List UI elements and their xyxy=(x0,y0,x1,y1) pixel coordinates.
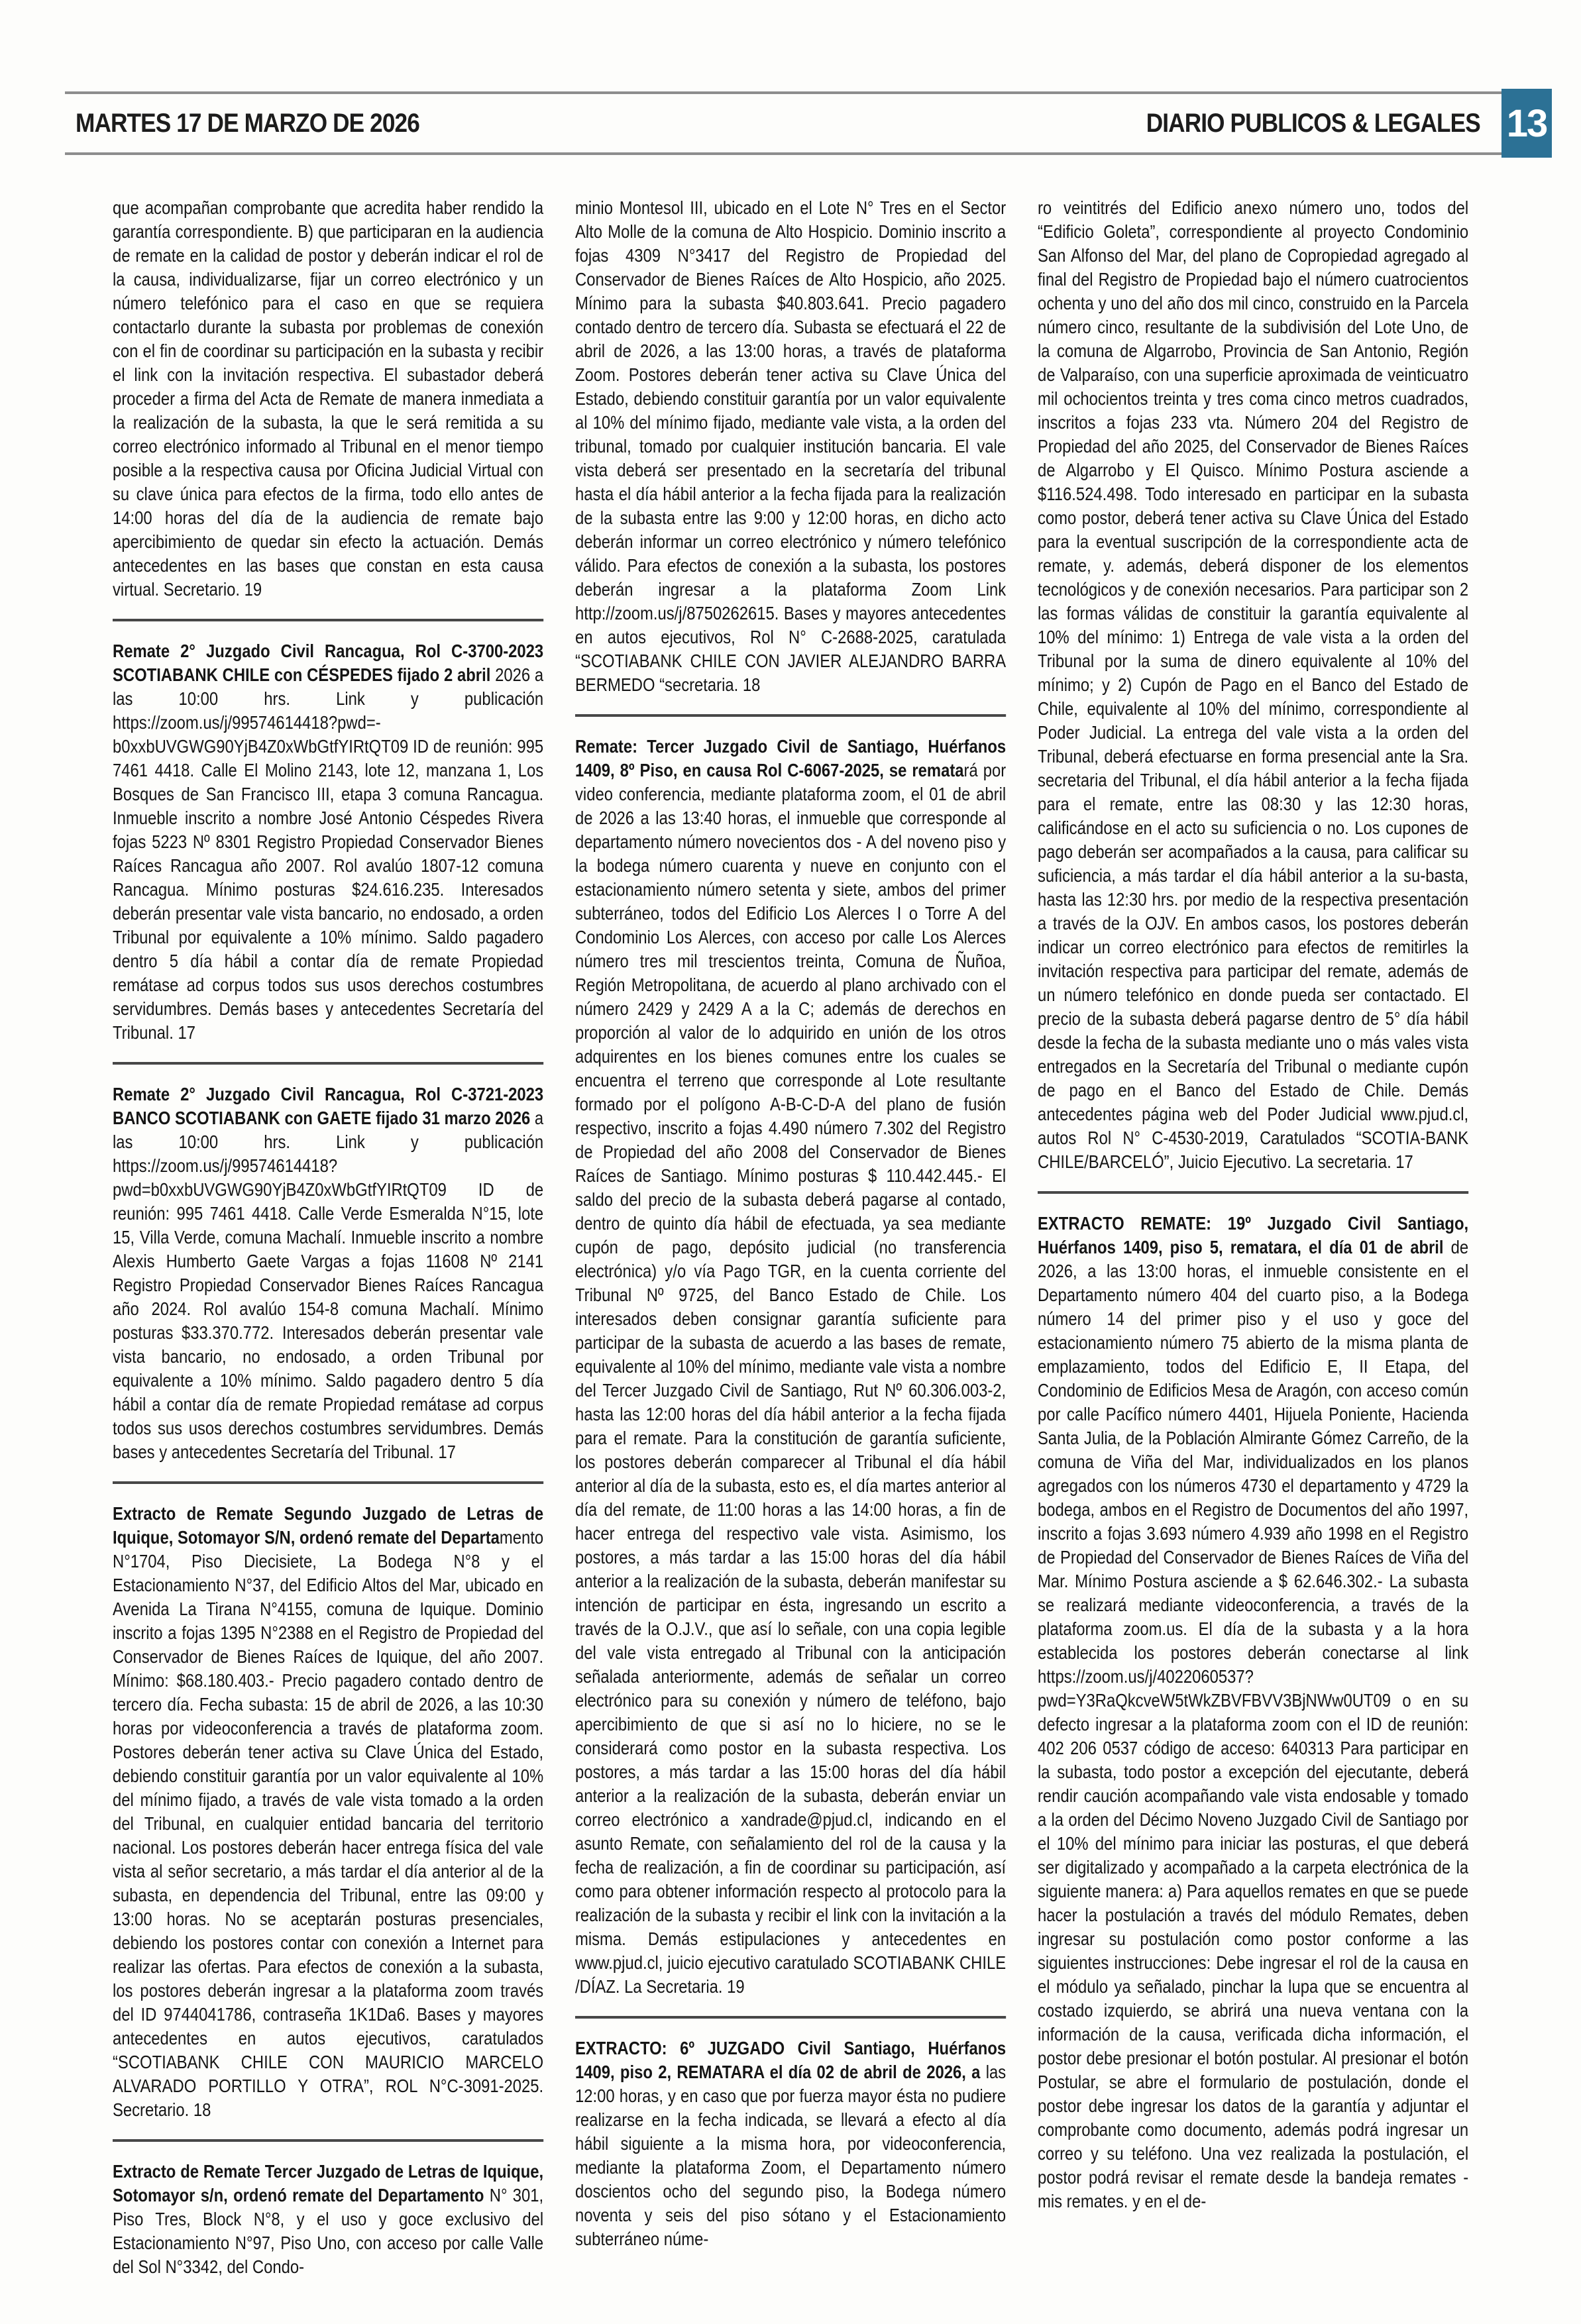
notice-lead: Extracto de Remate Segundo Juzgado de Le… xyxy=(113,1503,543,1548)
column-2-text: minio Montesol III, ubicado en el Lote N… xyxy=(575,196,1006,2251)
notice-lead: Remate: Tercer Juzgado Civil de Santiago… xyxy=(575,736,1006,780)
section-divider xyxy=(113,619,543,621)
notice-lead: EXTRACTO: 6º JUZGADO Civil Santiago, Hué… xyxy=(575,2038,1006,2082)
section-divider xyxy=(575,714,1006,717)
section-divider xyxy=(113,1062,543,1065)
section-divider xyxy=(1038,1191,1468,1194)
legal-notice: Remate: Tercer Juzgado Civil de Santiago… xyxy=(575,735,1006,1999)
notice-lead: EXTRACTO REMATE: 19º Juzgado Civil Santi… xyxy=(1038,1213,1468,1257)
column-3-text: ro veintitrés del Edificio anexo número … xyxy=(1038,196,1468,2213)
legal-notice: Remate 2° Juzgado Civil Rancagua, Rol C-… xyxy=(113,1083,543,1464)
column-2: minio Montesol III, ubicado en el Lote N… xyxy=(575,196,1006,2279)
notice-lead: Extracto de Remate Tercer Juzgado de Let… xyxy=(113,2161,543,2205)
newspaper-page: MARTES 17 DE MARZO DE 2026 DIARIO PUBLIC… xyxy=(0,0,1581,2324)
notice-body: las 12:00 horas, y en caso que por fuerz… xyxy=(575,2062,1006,2249)
legal-notice: Extracto de Remate Segundo Juzgado de Le… xyxy=(113,1502,543,2122)
notice-body: ro veintitrés del Edificio anexo número … xyxy=(1038,197,1468,1172)
masthead-brand: DIARIO PUBLICOS & LEGALES xyxy=(1146,109,1480,138)
column-3: ro veintitrés del Edificio anexo número … xyxy=(1038,196,1468,2279)
section-divider xyxy=(113,1481,543,1484)
notice-body: 2026 a las 10:00 hrs. Link y publicación… xyxy=(113,664,543,1043)
notice-lead: Remate 2° Juzgado Civil Rancagua, Rol C-… xyxy=(113,1084,543,1128)
masthead: MARTES 17 DE MARZO DE 2026 DIARIO PUBLIC… xyxy=(65,91,1544,155)
notice-body: mento N°1704, Piso Diecisiete, La Bodega… xyxy=(113,1527,543,2120)
legal-notice: EXTRACTO: 6º JUZGADO Civil Santiago, Hué… xyxy=(575,2036,1006,2251)
legal-notice: minio Montesol III, ubicado en el Lote N… xyxy=(575,196,1006,697)
section-divider xyxy=(113,2139,543,2142)
column-1-text: que acompañan comprobante que acredita h… xyxy=(113,196,543,2279)
masthead-date: MARTES 17 DE MARZO DE 2026 xyxy=(76,109,419,138)
column-1: que acompañan comprobante que acredita h… xyxy=(113,196,543,2279)
notice-body: a las 10:00 hrs. Link y publicación http… xyxy=(113,1108,543,1462)
notice-body: que acompañan comprobante que acredita h… xyxy=(113,197,543,600)
legal-notice: que acompañan comprobante que acredita h… xyxy=(113,196,543,602)
legal-notice: ro veintitrés del Edificio anexo número … xyxy=(1038,196,1468,1174)
notice-body: de 2026, a las 13:00 horas, el inmueble … xyxy=(1038,1237,1468,2211)
legal-notice: Remate 2° Juzgado Civil Rancagua, Rol C-… xyxy=(113,639,543,1045)
legal-notice: Extracto de Remate Tercer Juzgado de Let… xyxy=(113,2160,543,2279)
section-divider xyxy=(575,2016,1006,2019)
notice-body: minio Montesol III, ubicado en el Lote N… xyxy=(575,197,1006,695)
notice-body: rá por video conferencia, mediante plata… xyxy=(575,760,1006,1997)
page-number-badge: 13 xyxy=(1501,89,1552,158)
legal-notice-columns: que acompañan comprobante que acredita h… xyxy=(113,196,1468,2279)
notice-lead: Remate 2° Juzgado Civil Rancagua, Rol C-… xyxy=(113,641,543,685)
legal-notice: EXTRACTO REMATE: 19º Juzgado Civil Santi… xyxy=(1038,1212,1468,2213)
